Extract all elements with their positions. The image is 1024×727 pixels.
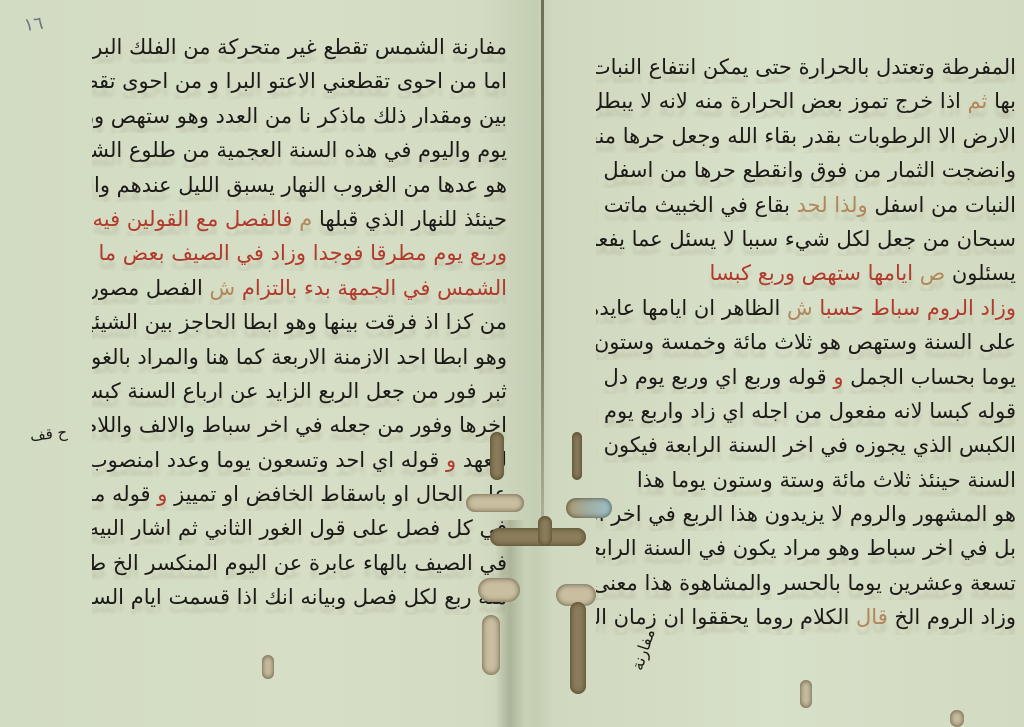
text-segment: سبحان من جعل لكل شيء سببا لا يسئل عما يف… <box>596 227 1016 251</box>
text-segment: على السنة وستهص هو ثلاث مائة وخمسة وستون <box>596 330 1016 354</box>
text-segment: يوم واليوم في هذه السنة العجمية من طلوع … <box>92 138 507 162</box>
text-segment: بها <box>987 89 1016 113</box>
manuscript-line: الكبس الذي يجوزه في اخر السنة الرابعة في… <box>596 428 1016 462</box>
text-segment: على الحال او باسقاط الخافض او تمييز <box>167 482 507 506</box>
text-segment: في الصيف بالهاء عابرة عن اليوم المنكسر ا… <box>92 551 507 575</box>
manuscript-line: يوم واليوم في هذه السنة العجمية من طلوع … <box>92 133 507 167</box>
damage-hole <box>478 578 520 602</box>
text-segment: المفرطة وتعتدل بالحرارة حتى يمكن انتفاع … <box>596 55 1016 79</box>
text-segment: منه ربع لكل فصل وبيانه انك اذا قسمت ايام… <box>92 585 507 609</box>
damage-hole <box>566 498 612 518</box>
manuscript-line: بها ثم اذا خرج تموز بعض الحرارة منه لانه… <box>596 84 1016 118</box>
text-segment: هو المشهور والروم لا يزيدون هذا الربع في… <box>596 502 1016 526</box>
damage-hole <box>466 494 524 512</box>
manuscript-line: بين ومقدار ذلك ماذكر نا من العدد وهو سته… <box>92 99 507 133</box>
text-segment: قوله اي احد وتسعون يوما وعدد امنصوب <box>92 448 439 472</box>
text-segment: السنة حينئذ ثلاث مائة وستة وستون يوما هذ… <box>637 468 1016 492</box>
text-segment: بقاع في الخبيث ماتت الارض <box>596 193 790 217</box>
manuscript-line: اخرها وفور من جعله في اخر سباط والالف وا… <box>92 408 507 442</box>
rubric-segment: قال <box>849 605 887 629</box>
manuscript-line: الارض الا الرطوبات بقدر بقاء الله وجعل ح… <box>596 119 1016 153</box>
damage-hole <box>490 432 504 480</box>
text-segment: اذا خرج تموز بعض الحرارة منه لانه لا يبط… <box>596 89 961 113</box>
manuscript-line: ثبر فور من جعل الربع الزايد عن ارباع الس… <box>92 374 507 408</box>
text-segment: الظاهر ان ايامها عايدة <box>596 296 780 320</box>
rubric-segment: ص <box>913 261 945 285</box>
text-segment: حينئذ للنهار الذي قبلها <box>312 207 507 231</box>
text-segment: بل في اخر سباط وهو مراد يكون في السنة ال… <box>596 536 1016 560</box>
manuscript-line: من كزا اذ فرقت بينها وهو ابطا الحاجز بين… <box>92 305 507 339</box>
text-segment: الفصل مصور فحلت كزا <box>92 276 203 300</box>
manuscript-line: وهو ابطا احد الازمنة الاربعة كما هنا وال… <box>92 340 507 374</box>
manuscript-line: وانضجت الثمار من فوق وانقطع حرها من اسفل… <box>596 153 1016 187</box>
rubric-segment: وربع يوم مطرقا فوجدا وزاد في الصيف بعض م… <box>92 241 507 265</box>
rubric-segment: فالفصل مع القولين فيه عددا <box>92 207 293 231</box>
manuscript-line: تسعة وعشرين يوما بالحسر والمشاهوة هذا مع… <box>596 566 1016 600</box>
damage-hole <box>482 615 500 675</box>
manuscript-line: بل في اخر سباط وهو مراد يكون في السنة ال… <box>596 531 1016 565</box>
manuscript-line: حينئذ للنهار الذي قبلها م فالفصل مع القو… <box>92 202 507 236</box>
text-segment: قوله كبسا لانه مفعول من اجله اي زاد وارب… <box>596 399 1016 423</box>
text-segment: يسئلون <box>945 261 1016 285</box>
text-segment: في كل فصل على قول الغور الثاني ثم اشار ا… <box>92 516 507 540</box>
manuscript-line: منه ربع لكل فصل وبيانه انك اذا قسمت ايام… <box>92 580 507 614</box>
rubric-segment: الشمس في الجمهة بدء بالتزام <box>235 276 507 300</box>
manuscript-line: على السنة وستهص هو ثلاث مائة وخمسة وستون <box>596 325 1016 359</box>
text-segment: قوله وربع اي وربع يوم دل عليه <box>596 365 827 389</box>
manuscript-line: السنة حينئذ ثلاث مائة وستة وستون يوما هذ… <box>596 463 1016 497</box>
manuscript-line: اما من احوى تقطعني الاعتو البرا و من احو… <box>92 64 507 98</box>
folio-number: ١٦ <box>23 13 45 36</box>
manuscript-line: في كل فصل على قول الغور الثاني ثم اشار ا… <box>92 511 507 545</box>
manuscript-line: قوله كبسا لانه مفعول من اجله اي زاد وارب… <box>596 394 1016 428</box>
manuscript-line: يوما بحساب الجمل و قوله وربع اي وربع يوم… <box>596 360 1016 394</box>
text-segment: هو عدها من الغروب النهار يسبق الليل عنده… <box>92 173 507 197</box>
rubric-segment: ش <box>203 276 235 300</box>
text-segment: الكبس الذي يجوزه في اخر السنة الرابعة في… <box>596 433 1016 457</box>
rubric-segment: ثم <box>961 89 988 113</box>
text-segment: ثبر فور من جعل الربع الزايد عن ارباع الس… <box>92 379 507 403</box>
text-segment: من كزا اذ فرقت بينها وهو ابطا الحاجز بين… <box>92 310 507 334</box>
damage-hole <box>572 432 582 480</box>
manuscript-spread: ١٦ مفارنة الشمس تقطع غير متحركة من الفلك… <box>0 0 1024 727</box>
manuscript-line: للعهد و قوله اي احد وتسعون يوما وعدد امن… <box>92 443 507 477</box>
text-segment: يوما بحساب الجمل <box>843 365 1016 389</box>
damage-hole <box>950 710 964 727</box>
rubric-segment: و <box>827 365 844 389</box>
manuscript-line: مفارنة الشمس تقطع غير متحركة من الفلك ال… <box>92 30 507 64</box>
manuscript-line: على الحال او باسقاط الخافض او تمييز و قو… <box>92 477 507 511</box>
text-segment: اخرها وفور من جعله في اخر سباط والالف وا… <box>92 413 507 437</box>
text-segment: النبات من اسفل <box>868 193 1016 217</box>
damage-hole <box>570 602 586 694</box>
rubric-segment: و <box>151 482 168 506</box>
rubric-segment: م <box>293 207 313 231</box>
manuscript-line: وزاد الروم الخ قال الكلام روما يحققوا ان… <box>596 600 1016 634</box>
right-page-text: المفرطة وتعتدل بالحرارة حتى يمكن انتفاع … <box>596 50 1016 635</box>
binding-gutter <box>541 0 544 540</box>
left-page-text: مفارنة الشمس تقطع غير متحركة من الفلك ال… <box>92 30 507 615</box>
text-segment: وانضجت الثمار من فوق وانقطع حرها من اسفل… <box>596 158 1016 182</box>
text-segment: اما من احوى تقطعني الاعتو البرا و من احو… <box>92 69 507 93</box>
text-segment: مفارنة الشمس تقطع غير متحركة من الفلك ال… <box>92 35 507 59</box>
damage-hole <box>538 516 552 546</box>
rubric-segment: وزاد الروم سباط حسبا <box>813 296 1016 320</box>
manuscript-line: في الصيف بالهاء عابرة عن اليوم المنكسر ا… <box>92 546 507 580</box>
manuscript-line: سبحان من جعل لكل شيء سببا لا يسئل عما يف… <box>596 222 1016 256</box>
rubric-segment: ش <box>780 296 812 320</box>
text-segment: وهو ابطا احد الازمنة الاربعة كما هنا وال… <box>92 345 507 369</box>
text-segment: بين ومقدار ذلك ماذكر نا من العدد وهو سته… <box>92 104 507 128</box>
manuscript-line: هو المشهور والروم لا يزيدون هذا الربع في… <box>596 497 1016 531</box>
rubric-segment: و <box>439 448 456 472</box>
manuscript-line: هو عدها من الغروب النهار يسبق الليل عنده… <box>92 168 507 202</box>
text-segment: وزاد الروم الخ <box>888 605 1016 629</box>
text-segment: الكلام روما يحققوا ان زمان السنة <box>596 605 849 629</box>
manuscript-line: المفرطة وتعتدل بالحرارة حتى يمكن انتفاع … <box>596 50 1016 84</box>
manuscript-line: وزاد الروم سباط حسبا ش الظاهر ان ايامها … <box>596 291 1016 325</box>
text-segment: تسعة وعشرين يوما بالحسر والمشاهوة هذا مع… <box>596 571 1016 595</box>
rubric-segment: ايامها ستهص وربع كبسا <box>710 261 914 285</box>
damage-hole <box>800 680 812 708</box>
rubric-segment: ولذا لحد <box>790 193 868 217</box>
manuscript-line: وربع يوم مطرقا فوجدا وزاد في الصيف بعض م… <box>92 236 507 270</box>
damage-hole <box>262 655 274 679</box>
manuscript-line: يسئلون ص ايامها ستهص وربع كبسا <box>596 256 1016 290</box>
margin-note: ح قف <box>29 423 68 445</box>
manuscript-line: الشمس في الجمهة بدء بالتزام ش الفصل مصور… <box>92 271 507 305</box>
manuscript-line: النبات من اسفل ولذا لحد بقاع في الخبيث م… <box>596 188 1016 222</box>
text-segment: الارض الا الرطوبات بقدر بقاء الله وجعل ح… <box>596 124 1016 148</box>
text-segment: قوله مطرقا <box>92 482 151 506</box>
